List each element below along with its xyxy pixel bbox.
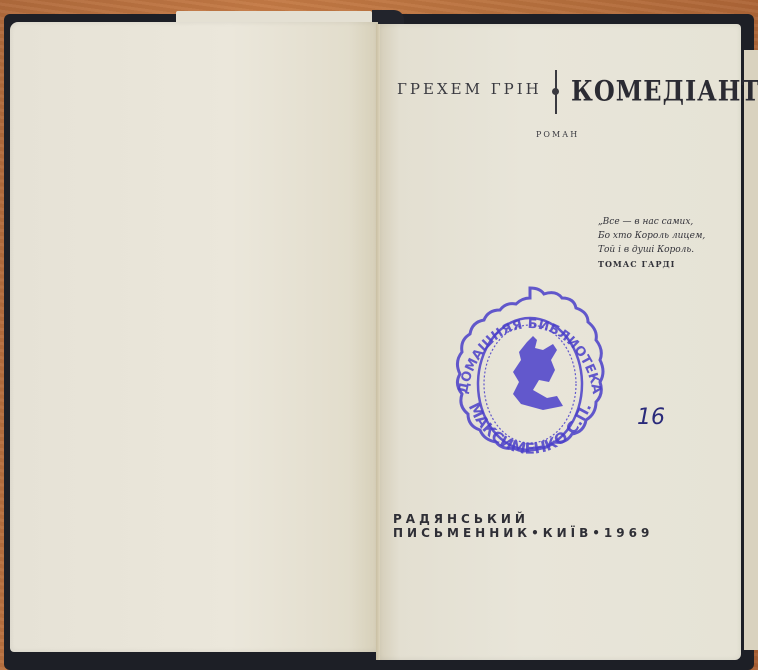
divider-ornament [552,88,559,95]
handwritten-number: 16 [637,405,665,430]
horseman-icon [513,336,563,410]
author-name: ГРЕХЕМ ГРІН [397,80,542,98]
left-page-blank [10,22,378,652]
book-title: КОМЕДІАНТИ [571,74,758,107]
publisher-imprint: РАДЯНСЬКИЙ ПИСЬМЕННИК•КИЇВ•1969 [393,512,758,540]
epigraph: „Все — в нас самих, Бо хто Король лицем,… [598,215,705,271]
epigraph-line: „Все — в нас самих, [598,215,705,229]
epigraph-line: Бо хто Король лицем, [598,229,705,243]
epigraph-attribution: ТОМАС ГАРДІ [598,257,705,271]
book-genre: РОМАН [536,130,579,139]
page-edges [744,50,758,650]
book-gutter [376,24,380,660]
epigraph-line: Той і в душі Король. [598,243,705,257]
svg-text:МАКСИМЕНКО С.П.: МАКСИМЕНКО С.П. [465,400,595,458]
library-stamp: ДОМАШНЯЯ БИБЛИОТЕКА МАКСИМЕНКО С.П. [445,284,615,480]
stamp-inner-text: МАКСИМЕНКО С.П. [465,400,595,458]
